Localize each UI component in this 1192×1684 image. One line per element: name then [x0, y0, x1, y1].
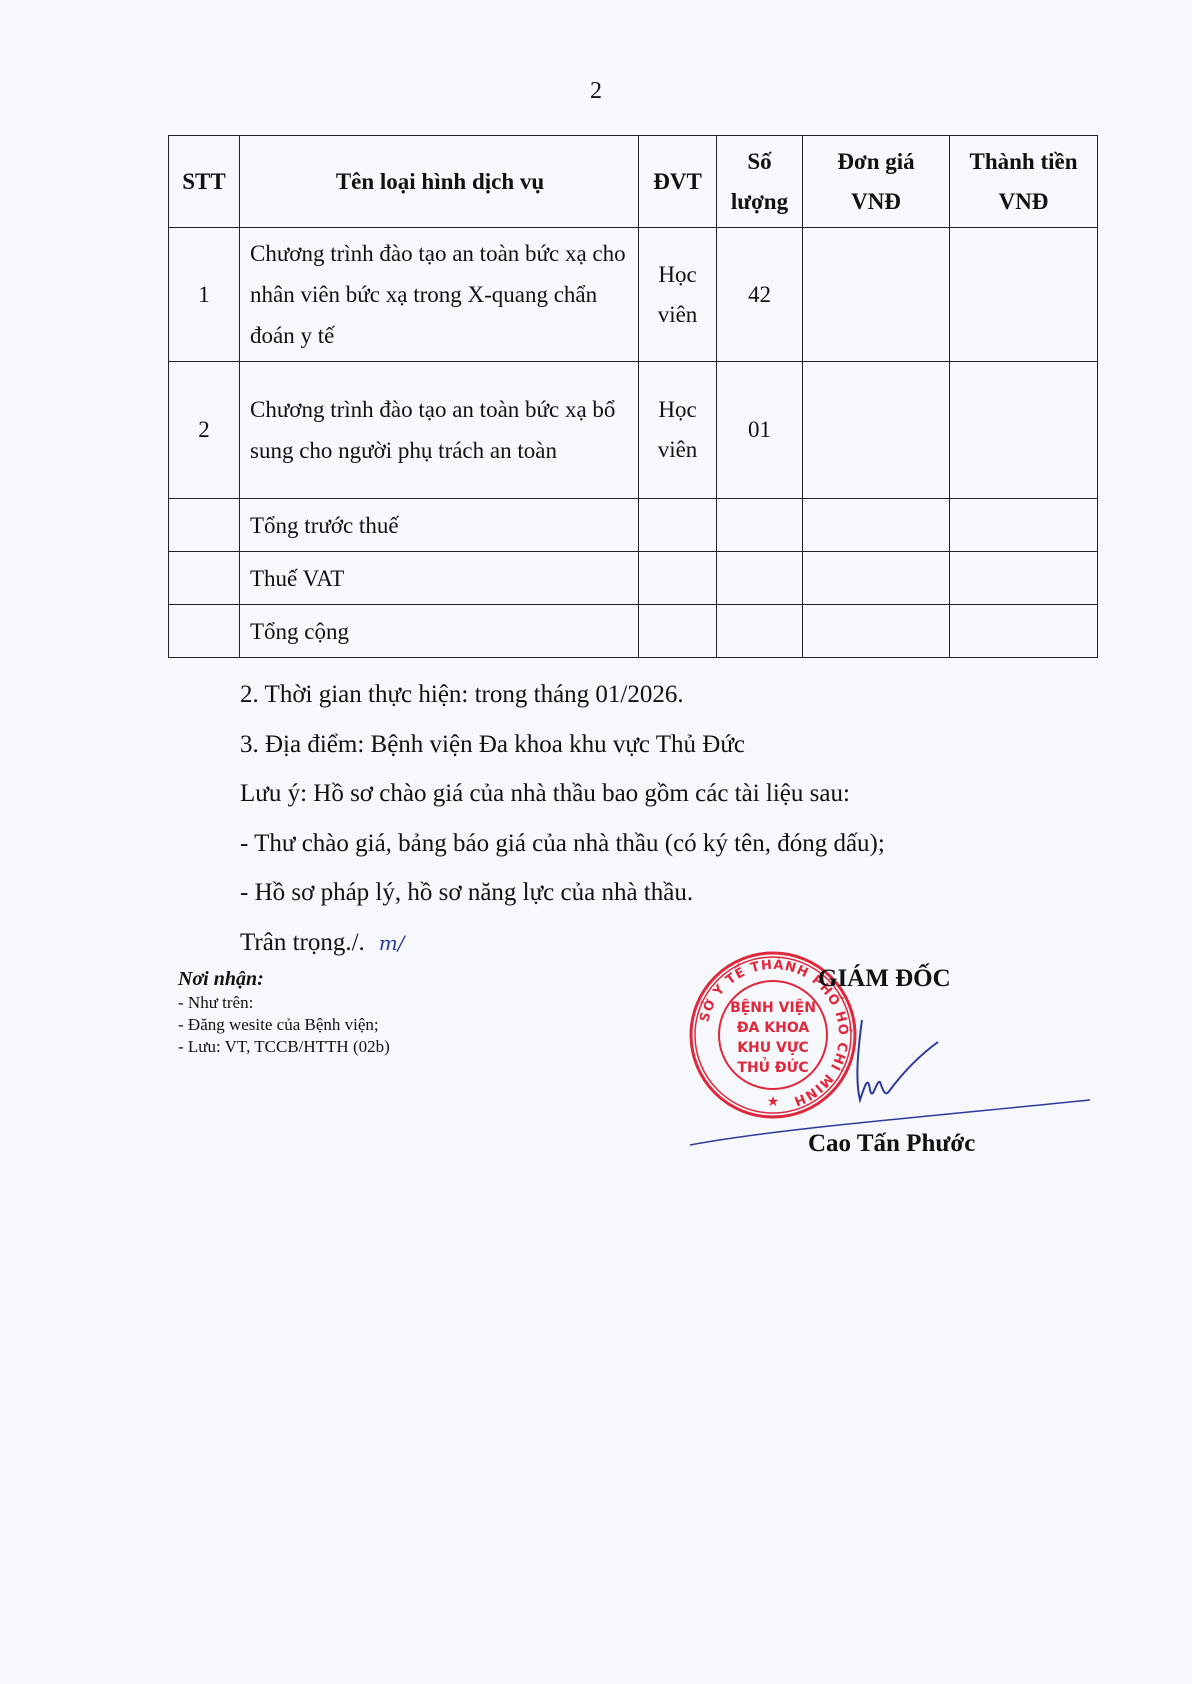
cell-amount: [950, 362, 1098, 499]
cell-unit-price: [803, 228, 950, 362]
summary-label: Tổng trước thuế: [240, 499, 639, 552]
body-text: 2. Thời gian thực hiện: trong tháng 01/2…: [240, 670, 885, 968]
cell-stt: 2: [169, 362, 240, 499]
summary-label: Thuế VAT: [240, 552, 639, 605]
cell-unit-price: [803, 362, 950, 499]
table-header-row: STT Tên loại hình dịch vụ ĐVT Sốlượng Đơ…: [169, 136, 1098, 228]
handwritten-initials: m/: [379, 931, 405, 955]
header-service-name: Tên loại hình dịch vụ: [240, 136, 639, 228]
quote-table: STT Tên loại hình dịch vụ ĐVT Sốlượng Đơ…: [168, 135, 1098, 658]
header-stt: STT: [169, 136, 240, 228]
handwritten-signature-icon: [690, 990, 1090, 1150]
cell-unit: Họcviên: [639, 362, 717, 499]
location: 3. Địa điểm: Bệnh viện Đa khoa khu vực T…: [240, 720, 885, 770]
summary-row-total: Tổng cộng: [169, 605, 1098, 658]
table-row: 1 Chương trình đào tạo an toàn bức xạ ch…: [169, 228, 1098, 362]
header-unit: ĐVT: [639, 136, 717, 228]
summary-row-vat: Thuế VAT: [169, 552, 1098, 605]
recipient-item: - Đăng wesite của Bệnh viện;: [178, 1014, 390, 1036]
note: Lưu ý: Hồ sơ chào giá của nhà thầu bao g…: [240, 769, 885, 819]
recipients-block: Nơi nhận: - Như trên: - Đăng wesite của …: [178, 966, 390, 1058]
recipient-item: - Như trên:: [178, 992, 390, 1014]
requirement-item: - Hồ sơ pháp lý, hồ sơ năng lực của nhà …: [240, 868, 885, 918]
requirement-item: - Thư chào giá, bảng báo giá của nhà thầ…: [240, 819, 885, 869]
signer-name: Cao Tấn Phước: [808, 1130, 975, 1158]
summary-label: Tổng cộng: [240, 605, 639, 658]
header-amount: Thành tiềnVNĐ: [950, 136, 1098, 228]
execution-time: 2. Thời gian thực hiện: trong tháng 01/2…: [240, 670, 885, 720]
recipients-title: Nơi nhận:: [178, 966, 390, 992]
cell-unit: Họcviên: [639, 228, 717, 362]
cell-service-name: Chương trình đào tạo an toàn bức xạ cho …: [240, 228, 639, 362]
header-unit-price: Đơn giáVNĐ: [803, 136, 950, 228]
cell-amount: [950, 228, 1098, 362]
table-row: 2 Chương trình đào tạo an toàn bức xạ bổ…: [169, 362, 1098, 499]
page-number: 2: [0, 78, 1192, 105]
cell-service-name: Chương trình đào tạo an toàn bức xạ bổ s…: [240, 362, 639, 499]
cell-quantity: 42: [717, 228, 803, 362]
recipient-item: - Lưu: VT, TCCB/HTTH (02b): [178, 1036, 390, 1058]
header-quantity: Sốlượng: [717, 136, 803, 228]
signer-title: GIÁM ĐỐC: [818, 965, 951, 993]
summary-row-subtotal: Tổng trước thuế: [169, 499, 1098, 552]
cell-quantity: 01: [717, 362, 803, 499]
cell-stt: 1: [169, 228, 240, 362]
